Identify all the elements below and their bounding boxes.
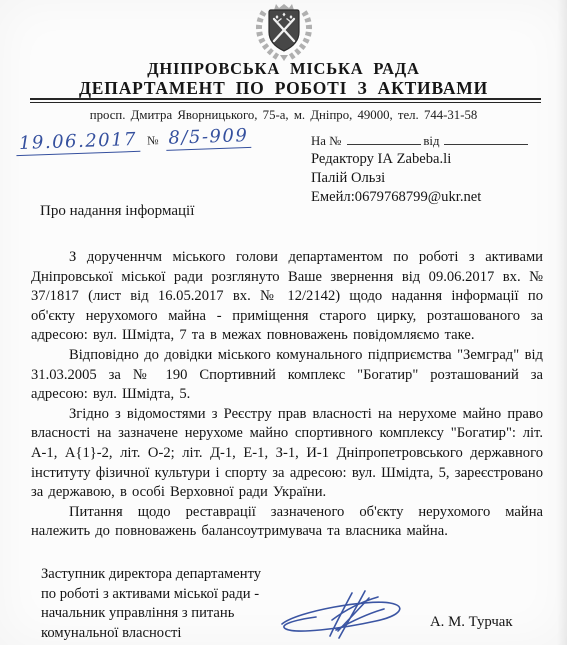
- outgoing-date-handwritten: 19.06.2017: [16, 129, 141, 156]
- header-divider: [30, 98, 541, 103]
- paragraph-3: Згідно з відомостями з Реєстру прав влас…: [31, 405, 543, 503]
- paragraph-2: Відповідно до довідки міського комунальн…: [31, 346, 543, 405]
- org-name-line2: ДЕПАРТАМЕНТ ПО РОБОТІ З АКТИВАМИ: [0, 78, 567, 99]
- coat-of-arms-svg: [250, 3, 318, 61]
- number-sign: №: [147, 133, 159, 148]
- recipient-line-1: Редактору ІА Zabeba.li: [311, 150, 481, 169]
- signer-name: А. М. Турчак: [430, 614, 513, 631]
- signer-title-line-4: комунальної власності: [41, 624, 261, 644]
- subject-line: Про надання інформації: [40, 203, 194, 220]
- recipient-email: Емейл:0679768799@ukr.net: [311, 188, 481, 207]
- outgoing-number-handwritten: 8/5-909: [165, 125, 252, 151]
- letter-page: ДНІПРОВСЬКА МІСЬКА РАДА ДЕПАРТАМЕНТ ПО Р…: [0, 0, 567, 645]
- crown-ornament: [274, 4, 294, 10]
- signer-title-line-3: начальник управління з питань: [41, 604, 261, 624]
- signer-title-line-2: по роботі з активами міської ради -: [41, 585, 261, 605]
- city-coat-of-arms: [250, 3, 318, 61]
- recipient-block: Редактору ІА Zabeba.li Палій Ользі Емейл…: [311, 150, 481, 207]
- paragraph-1: З дорученнчм міського голови департамент…: [31, 248, 543, 346]
- letter-body: З дорученнчм міського голови департамент…: [31, 248, 543, 542]
- incoming-number-blank: [347, 132, 421, 145]
- vid-label: від: [423, 134, 439, 149]
- org-address-line: просп. Дмитра Яворницького, 75-а, м. Дні…: [0, 108, 567, 123]
- signature-scribble: [272, 584, 422, 644]
- org-name-line1: ДНІПРОВСЬКА МІСЬКА РАДА: [0, 59, 567, 79]
- recipient-line-2: Палій Ользі: [311, 169, 481, 188]
- outgoing-reference: 19.06.2017 № 8/5-909: [16, 125, 252, 156]
- signer-title-block: Заступник директора департаменту по робо…: [41, 565, 261, 643]
- paragraph-4: Питання щодо реставрації зазначеного об'…: [31, 503, 543, 542]
- signature-svg: [272, 584, 422, 644]
- signer-title-line-1: Заступник директора департаменту: [41, 565, 261, 585]
- incoming-reference: На № від: [311, 132, 528, 149]
- signature-stroke-2: [339, 591, 365, 638]
- incoming-date-blank: [444, 132, 528, 145]
- na-number-label: На №: [311, 134, 341, 149]
